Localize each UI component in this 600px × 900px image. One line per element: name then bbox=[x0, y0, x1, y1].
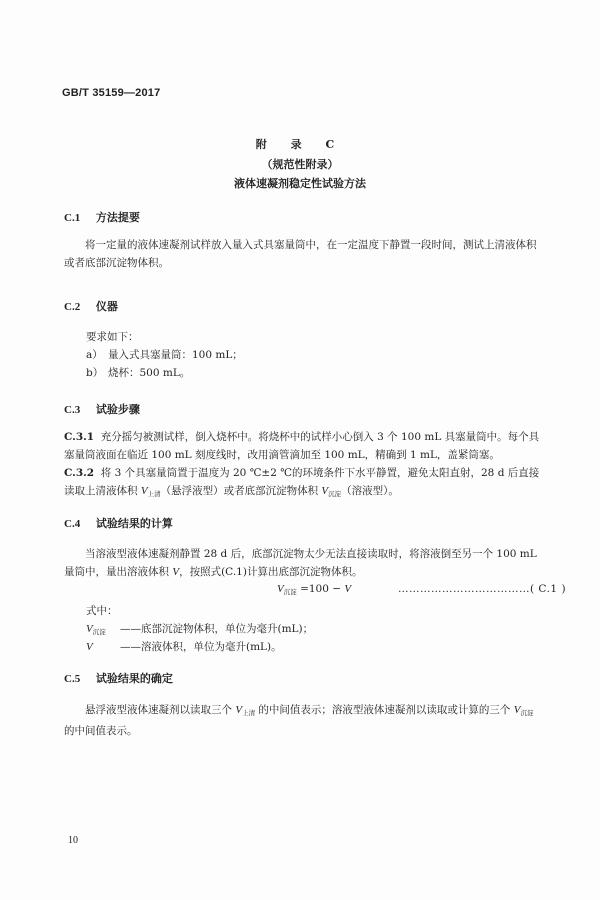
list-text: 烧杯：500 mL。 bbox=[108, 367, 190, 379]
section-c4-heading: C.4 试验结果的计算 bbox=[64, 515, 173, 531]
section-c2-intro: 要求如下： bbox=[86, 329, 139, 344]
annex-title: 附 录 C bbox=[0, 136, 600, 152]
symbol-v: V bbox=[277, 583, 284, 595]
symbol-v: V bbox=[86, 623, 93, 635]
list-item: b）烧杯：500 mL。 bbox=[86, 365, 190, 380]
definition-row: V——溶液体积，单位为毫升(mL)。 bbox=[86, 639, 282, 654]
section-number: C.1 bbox=[64, 212, 92, 224]
symbol-v: V bbox=[141, 485, 148, 497]
definition-text: ——溶液体积，单位为毫升(mL)。 bbox=[120, 641, 282, 653]
symbol-v: V bbox=[86, 641, 93, 653]
section-c1-body: 将一定量的液体速凝剂试样放入量入式具塞量筒中，在一定温度下静置一段时间，测试上清… bbox=[64, 236, 540, 272]
section-number: C.3 bbox=[64, 404, 92, 416]
clause-text: 充分摇匀被测试样，倒入烧杯中。将烧杯中的试样小心倒入 3 个 100 mL 具塞… bbox=[64, 431, 539, 461]
symbol-v: V bbox=[514, 704, 521, 716]
section-number: C.5 bbox=[64, 673, 92, 685]
standard-code: GB/T 35159—2017 bbox=[62, 87, 160, 99]
subscript: 沉淀 bbox=[93, 628, 106, 636]
annex-name: 液体速凝剂稳定性试验方法 bbox=[0, 175, 600, 191]
section-number: C.2 bbox=[64, 301, 92, 313]
clause-c3-2: C.3.2 将 3 个具塞量筒置于温度为 20 ℃±2 ℃的环境条件下水平静置，… bbox=[64, 464, 540, 503]
section-c2-heading: C.2 仪器 bbox=[64, 298, 118, 314]
clause-text: （溶液型）。 bbox=[341, 485, 399, 497]
clause-text: （悬浮液型）或者底部沉淀物体积 bbox=[161, 485, 322, 497]
definition-row: V沉淀——底部沉淀物体积，单位为毫升(mL)； bbox=[86, 621, 313, 636]
section-number: C.4 bbox=[64, 518, 92, 530]
annex-type: （规范性附录） bbox=[0, 156, 600, 172]
body-text: ，按照式(C.1)计算出底部沉淀物体积。 bbox=[179, 566, 362, 578]
subscript: 上清 bbox=[148, 490, 161, 498]
clause-c3-1: C.3.1 充分摇匀被测试样，倒入烧杯中。将烧杯中的试样小心倒入 3 个 100… bbox=[64, 428, 540, 464]
page-number: 10 bbox=[68, 835, 78, 846]
subscript: 沉淀 bbox=[328, 490, 341, 498]
wherein-label: 式中： bbox=[86, 603, 118, 618]
section-title: 试验步骤 bbox=[96, 403, 140, 416]
section-c4-body: 当溶液型液体速凝剂静置 28 d 后，底部沉淀物太少无法直接读取时，将溶液倒至另… bbox=[64, 545, 540, 581]
list-marker: a） bbox=[86, 347, 108, 362]
subscript: 沉淀 bbox=[521, 709, 534, 717]
formula-reference: ………………………………( C.1 ) bbox=[398, 583, 566, 595]
section-c1-heading: C.1 方法提要 bbox=[64, 209, 140, 225]
subscript: 上清 bbox=[242, 709, 255, 717]
section-title: 方法提要 bbox=[96, 211, 140, 224]
body-text: 的中间值表示；溶液型液体速凝剂以读取或计算的三个 bbox=[255, 704, 514, 716]
section-c5-heading: C.5 试验结果的确定 bbox=[64, 670, 173, 686]
formula-c1: V沉淀 =100 − V bbox=[277, 583, 351, 596]
formula-rhs: =100 − bbox=[297, 583, 345, 595]
section-title: 仪器 bbox=[96, 300, 118, 313]
section-title: 试验结果的确定 bbox=[96, 672, 173, 685]
list-marker: b） bbox=[86, 365, 108, 380]
section-c3-heading: C.3 试验步骤 bbox=[64, 401, 140, 417]
definition-text: ——底部沉淀物体积，单位为毫升(mL)； bbox=[120, 623, 313, 635]
clause-number: C.3.1 bbox=[64, 431, 94, 443]
subscript: 沉淀 bbox=[284, 588, 297, 596]
section-title: 试验结果的计算 bbox=[96, 517, 173, 530]
list-item: a）量入式具塞量筒：100 mL； bbox=[86, 347, 243, 362]
body-text: 悬浮液型液体速凝剂以读取三个 bbox=[85, 704, 235, 716]
body-text: 的中间值表示。 bbox=[64, 725, 138, 737]
clause-number: C.3.2 bbox=[64, 467, 94, 479]
section-c5-body: 悬浮液型液体速凝剂以读取三个 V上清 的中间值表示；溶液型液体速凝剂以读取或计算… bbox=[64, 701, 540, 740]
symbol-v: V bbox=[344, 583, 351, 595]
list-text: 量入式具塞量筒：100 mL； bbox=[108, 349, 243, 361]
